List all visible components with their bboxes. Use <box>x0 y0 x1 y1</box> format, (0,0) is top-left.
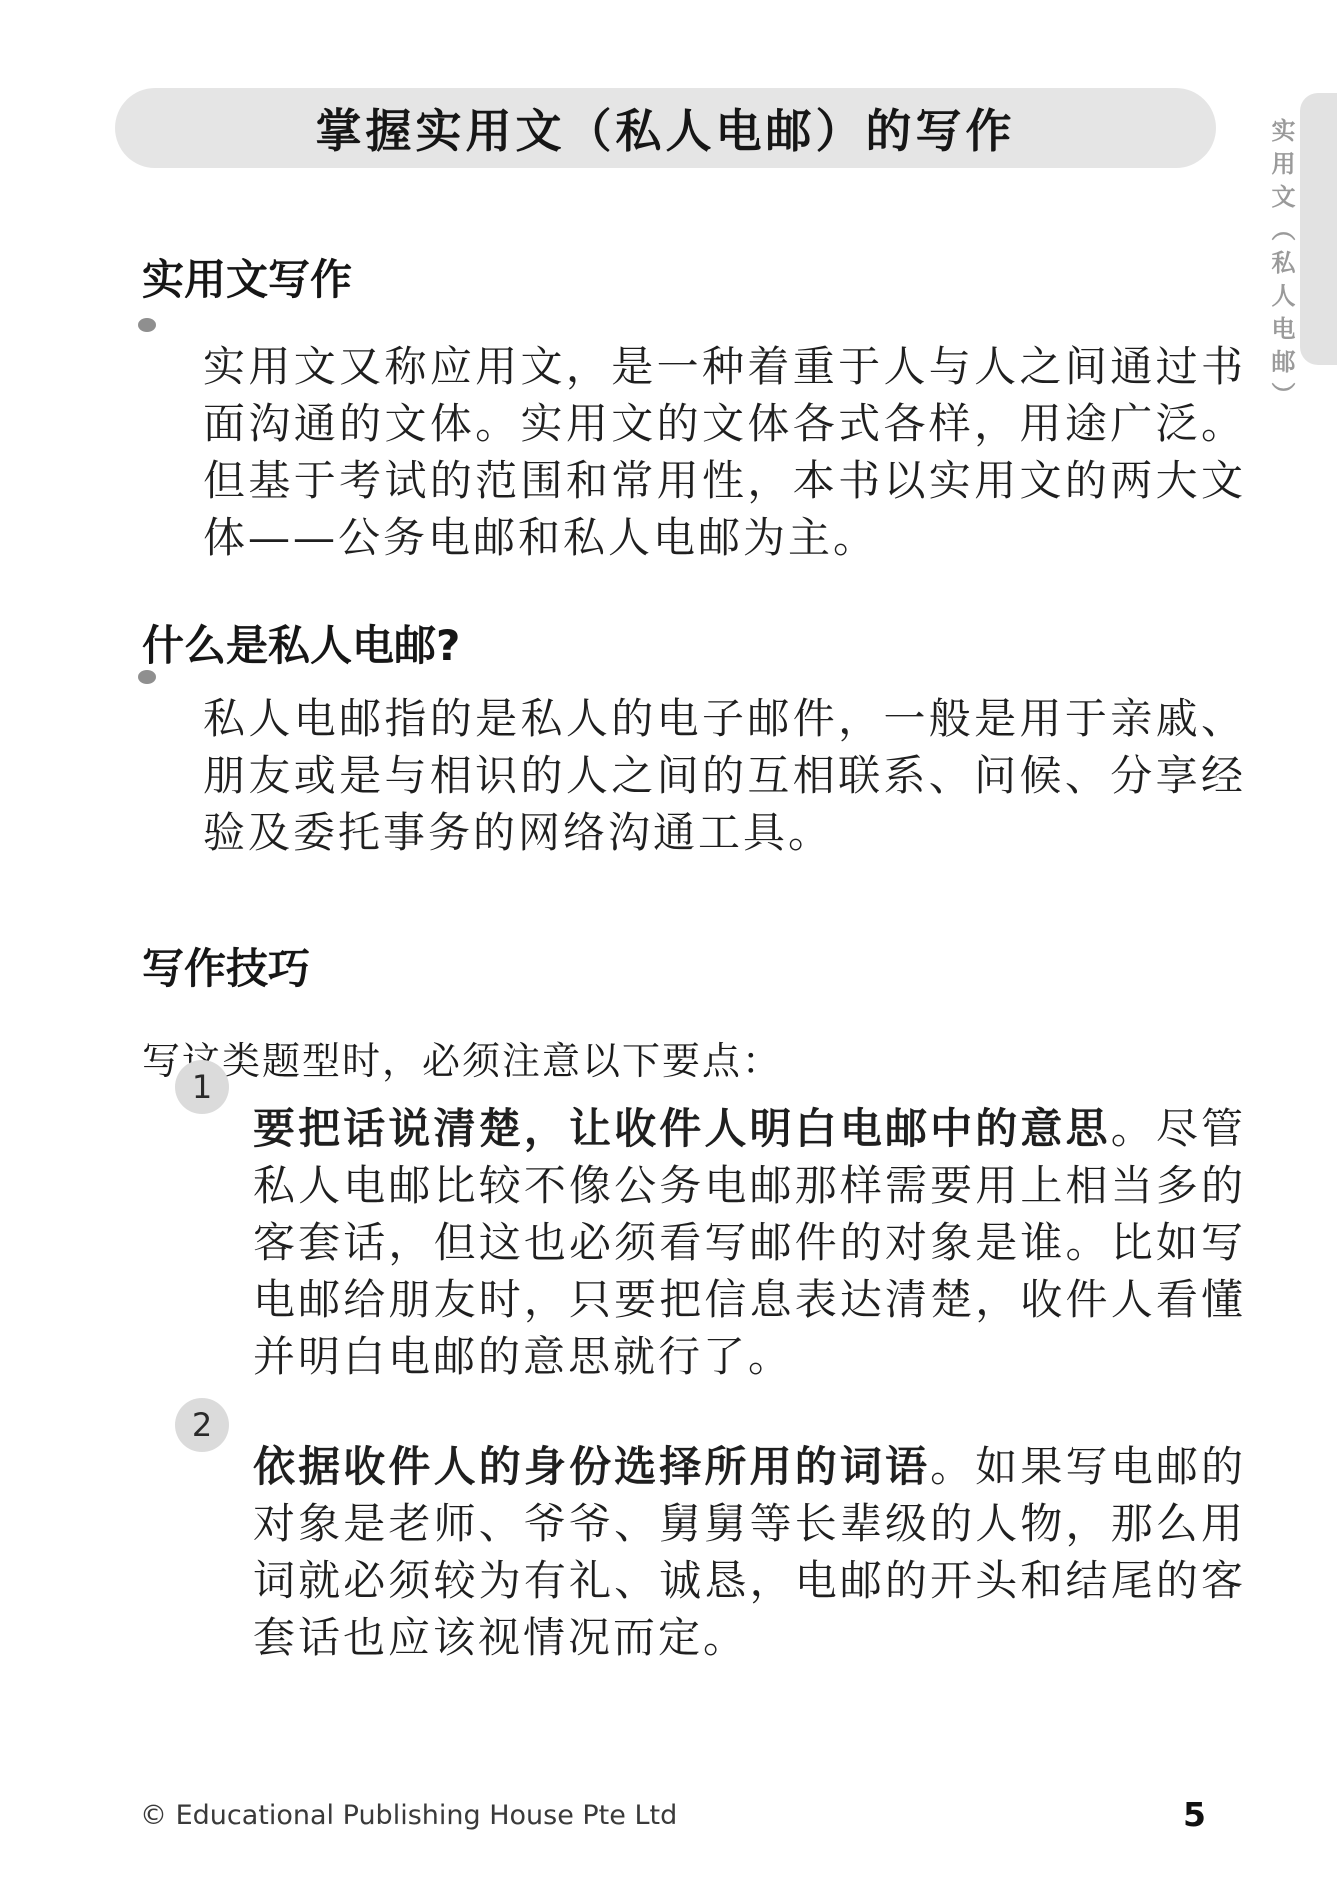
bullet-dot-icon <box>138 670 156 684</box>
chapter-side-label: 实用文（私人电邮） <box>1264 118 1299 415</box>
bullet-item: 私人电邮指的是私人的电子邮件，一般是用于亲戚、朋友或是与相识的人之间的互相联系、… <box>138 648 1246 903</box>
page-title: 掌握实用文（私人电邮）的写作 <box>316 95 1016 161</box>
footer-copyright: © Educational Publishing House Pte Ltd <box>140 1800 677 1831</box>
point-paragraph: 要把话说清楚，让收件人明白电邮中的意思。尽管私人电邮比较不像公务电邮那样需要用上… <box>253 1100 1246 1385</box>
footer-page-number: 5 <box>1183 1795 1206 1834</box>
bullet-item: 实用文又称应用文，是一种着重于人与人之间通过书面沟通的文体。实用文的文体各式各样… <box>138 296 1246 608</box>
title-banner: 掌握实用文（私人电邮）的写作 <box>115 88 1216 168</box>
bullet-paragraph: 实用文又称应用文，是一种着重于人与人之间通过书面沟通的文体。实用文的文体各式各样… <box>203 338 1246 566</box>
chapter-side-tab <box>1300 93 1337 365</box>
point-paragraph: 依据收件人的身份选择所用的词语。如果写电邮的对象是老师、爷爷、舅舅等长辈级的人物… <box>253 1438 1246 1666</box>
numbered-point: 2 依据收件人的身份选择所用的词语。如果写电邮的对象是老师、爷爷、舅舅等长辈级的… <box>175 1396 1246 1708</box>
bullet-paragraph: 私人电邮指的是私人的电子邮件，一般是用于亲戚、朋友或是与相识的人之间的互相联系、… <box>203 690 1246 861</box>
point-lead-text: 依据收件人的身份选择所用的词语 <box>253 1442 930 1491</box>
point-number-badge: 1 <box>175 1060 229 1114</box>
point-number-badge: 2 <box>175 1398 229 1452</box>
numbered-point: 1 要把话说清楚，让收件人明白电邮中的意思。尽管私人电邮比较不像公务电邮那样需要… <box>175 1058 1246 1427</box>
section-heading-writing-tips: 写作技巧 <box>142 936 310 996</box>
textbook-page: 掌握实用文（私人电邮）的写作 实用文（私人电邮） 实用文写作 实用文又称应用文，… <box>0 0 1337 1888</box>
bullet-dot-icon <box>138 318 156 332</box>
point-lead-text: 要把话说清楚，让收件人明白电邮中的意思 <box>253 1104 1111 1153</box>
